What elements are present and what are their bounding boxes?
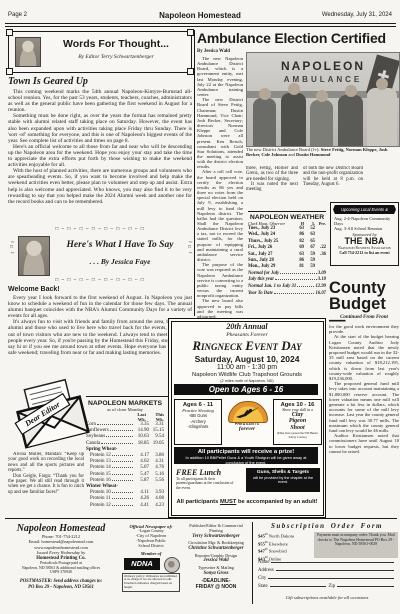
- hunter-safety-note: (Must have passed the ND Hunter Safety C…: [274, 431, 321, 439]
- footer-text: All participants: [176, 499, 220, 505]
- weather-box: NAPOLEON WEATHER Clark Haas, ObserverHLP…: [248, 214, 326, 297]
- weather-top-rule: [248, 211, 326, 212]
- letter: Don Geigle, Fargo: “Thank you for the pa…: [8, 474, 84, 496]
- logo-wordmark-bottom: forever: [226, 426, 268, 432]
- postmaster-line: POSTMASTER: Send address changes to:: [7, 579, 115, 585]
- weather-title: NAPOLEON WEATHER: [248, 214, 326, 221]
- nd-state-seal-logo: [164, 557, 180, 573]
- masthead-top-rule: [5, 518, 397, 519]
- rate-line: $4700 Snowbird: [258, 547, 310, 555]
- frame-corner-decoration: [187, 29, 194, 36]
- official-entity: School District: [122, 544, 180, 549]
- words-for-thought-title: Words For Thought...: [45, 38, 187, 50]
- welcome-back-headline: Welcome Back!: [8, 286, 128, 293]
- caption-names: Dustin Hammond: [296, 152, 330, 157]
- field-label: Zip: [328, 584, 335, 589]
- fill-in-line: [271, 562, 394, 563]
- paragraph: At the start of the budget hearing Logan…: [329, 334, 399, 381]
- fill-in-line: [337, 586, 394, 587]
- folio-paper-name: Napoleon Homestead: [100, 11, 300, 20]
- rate-line: $5500 Elsewhere: [258, 540, 310, 548]
- county-budget-body: for the good work environment they provi…: [329, 324, 399, 512]
- letters-to-editor: Alvina Muller, Mandan: “Keep up your goo…: [8, 452, 84, 512]
- ad-date: Saturday, August 10, 2024: [169, 354, 325, 364]
- folio-page-number: Page 2: [8, 12, 27, 18]
- photo-caption: The new District Ambulance Board (l-r): …: [246, 147, 398, 157]
- rate-cents: 00: [265, 548, 268, 551]
- rate-price: $43: [258, 556, 265, 561]
- footer-must: MUST: [220, 499, 236, 505]
- field-label: City: [258, 576, 266, 581]
- ringneck-ad: 20th Annual Pheasants Forever Ringneck E…: [168, 318, 326, 518]
- staff-name: Terry Schwartzenberger: [186, 534, 246, 540]
- town-geared-body: This coming weekend marks the 54th annua…: [8, 89, 192, 211]
- letter: Alvina Muller, Mandan: “Keep up your goo…: [8, 452, 84, 474]
- masthead-column-rule: [252, 522, 253, 604]
- free-lunch-title: FREE Lunch: [176, 468, 238, 477]
- rate-price: $45: [258, 534, 265, 539]
- summary-label: Year To Date: [248, 291, 273, 298]
- postmaster-address: PO Box 29 - Napoleon, ND 58561: [7, 585, 115, 591]
- ambulance-article-column: The new Napoleon Ambulance District Boar…: [197, 56, 243, 328]
- market-row: Protein 124.414.23: [86, 503, 164, 509]
- photo-person: [281, 93, 306, 146]
- paragraph: The proposed general fund mill levy take…: [329, 381, 399, 433]
- field-label: Address: [258, 568, 274, 573]
- paragraph: Something must be done right, as over th…: [8, 113, 192, 143]
- photo-person: [367, 88, 397, 146]
- summary-value: 3.09: [318, 271, 326, 278]
- pheasants-forever-logo: PHEASANTS forever: [226, 401, 268, 443]
- markets-col-last: Last Wk.: [131, 412, 146, 422]
- paragraph: Here's an official welcome to all those …: [8, 144, 192, 168]
- fill-in-line: [268, 578, 394, 579]
- photo-person: [310, 100, 333, 146]
- summary-label: Normal Jan. 1 to July 31: [248, 284, 296, 291]
- frame-corner-decoration: [187, 68, 194, 75]
- paragraph: of both the new District Board and the n…: [303, 166, 363, 187]
- event-item: Aug. 2-4-Napoleon Community Days: [334, 216, 395, 226]
- activity-item: -Slingshots: [175, 424, 221, 430]
- caption-text: and: [287, 152, 296, 157]
- rate-line: $4500 North Dakota: [258, 532, 310, 540]
- summary-label: Normal for July: [248, 271, 279, 278]
- ambulance-byline: By Jessica Wald: [197, 49, 230, 54]
- heres-what-box: □ ~ □ ~ □ ~ □ ~ □ ~ □ ~ □ ~ □ □ ~ □ ~ □ …: [8, 227, 192, 283]
- newspaper-page: Page 2 Napoleon Homestead Wednesday, Jul…: [0, 0, 400, 614]
- ad-footer-line: All participants MUST be accompanied by …: [169, 499, 325, 505]
- words-for-thought-byline: By Editor Terry Schwartzenberger: [45, 54, 187, 60]
- sponsor-name: THE NBA: [331, 237, 398, 246]
- events-box-header: Upcoming Local Events & Activities: [333, 205, 396, 214]
- column-rule: [194, 30, 195, 316]
- decorative-border-right: ≀□≀: [186, 241, 192, 256]
- rate-price: $47: [258, 549, 265, 554]
- ad-location: Napoleon Wildlife Club Trapshoot Grounds: [169, 372, 325, 378]
- summary-label: July this year: [248, 277, 274, 284]
- high-temp: 81: [293, 264, 304, 270]
- paragraph: It was noted the next meeting: [246, 182, 298, 193]
- words-for-thought-box: Words For Thought... By Editor Terry Sch…: [8, 31, 192, 73]
- ad-title: Ringneck Event Day: [169, 338, 325, 354]
- summary-value: 3.18: [318, 277, 326, 284]
- rate-cents: 00: [265, 556, 268, 559]
- pheasant-icon: [234, 405, 260, 419]
- paragraph: Auditor Kristiansen noted that commissio…: [329, 433, 399, 454]
- photo-person: [253, 98, 276, 146]
- payment-note-box: Payment must accompany order. Thank you.…: [314, 532, 398, 558]
- guns-subtitle: will be provided by the chapter at the e…: [249, 476, 317, 484]
- last-week-price: 18.85: [134, 441, 149, 447]
- frame-corner-decoration: [6, 68, 13, 75]
- prize-subtitle: In addition 10 BB/Pellet Guns & a Youth …: [178, 455, 314, 465]
- deadline-value: FRIDAY @ NOON: [186, 584, 246, 590]
- masthead-official-column: Official Newspaper of: -Logan County -Ci…: [122, 524, 180, 592]
- folio-date: Wednesday, July 31, 2024: [290, 12, 392, 18]
- weather-summary-row: Year To Date16.07: [248, 291, 326, 298]
- markets-table: NAPOLEON MARKETS as of close Monday Last…: [86, 400, 164, 509]
- this-week-price: 19.05: [149, 441, 164, 447]
- county-budget-headline: County Budget—: [329, 280, 399, 328]
- rate-line: $4300 Online: [258, 555, 310, 563]
- precip: .36: [315, 252, 326, 258]
- footer-text: be accompanied by an adult!: [236, 499, 317, 505]
- continued-from-front: Continued From Front: [329, 315, 399, 320]
- paragraph: It's always fun to visit with friends an…: [8, 319, 192, 356]
- ad-open-ages-bar: Open to Ages 6 - 16: [174, 384, 318, 395]
- ad-location-note: (2 miles north of Napoleon, ND): [169, 379, 325, 383]
- weather-col-precip: Pre.: [315, 221, 326, 226]
- guns-title: Guns, Shells & Targets: [246, 470, 320, 475]
- guns-shells-block: Guns, Shells & Targets will be provided …: [246, 468, 320, 492]
- photo-person: [338, 95, 363, 146]
- town-geared-headline: Town Is Geared Up: [8, 76, 190, 87]
- paragraph: This coming weekend marks the 54th annua…: [8, 89, 192, 113]
- ad-ages-6-11-box: Ages 6 - 11 Practice Shooting -BB Guns -…: [174, 399, 222, 445]
- paragraph: The new Napoleon Ambulance District Boar…: [197, 56, 243, 97]
- heres-what-title: Here's What I Have To Say: [54, 240, 186, 250]
- rate-cents: 00: [265, 541, 268, 544]
- events-box: Upcoming Local Events & Activities Aug. …: [330, 202, 399, 266]
- weather-summary-row: Normal Jan. 1 to July 3112.99: [248, 284, 326, 291]
- rate-cents: 00: [265, 533, 268, 536]
- staff-role: Publisher/Editor & Commercial Printing: [186, 524, 246, 534]
- headline-line: County: [329, 280, 399, 296]
- gift-subscription-note: Gift subscriptions available for all occ…: [258, 595, 396, 600]
- ad-ages-10-16-box: Ages 10 - 16 Show your skill in a Clay P…: [273, 399, 322, 445]
- sponsor-call-line: Call 754-2212 to list an event: [331, 250, 398, 255]
- masthead-usps: USPS 370940: [7, 570, 115, 575]
- columnist-portrait-photo: [18, 236, 50, 276]
- ambulance-headline: Ambulance Election Certified: [197, 30, 398, 46]
- last-week-price: 5.87: [134, 478, 149, 484]
- this-week-price: 5.56: [149, 478, 164, 484]
- staff-name: Sonya Gross: [186, 571, 246, 577]
- ad-time: 11:00 am - 1:30 pm: [169, 364, 325, 371]
- staff-name: Jessica Wald: [186, 558, 246, 564]
- folio-rule-thick: [5, 23, 396, 25]
- rate-label: Online: [269, 556, 282, 561]
- commodity: Protein 12: [90, 503, 111, 509]
- ndna-logo: NDNA: [124, 558, 160, 570]
- photo-vehicle-lettering-ambulance: AMBULANCE: [261, 75, 385, 84]
- paragraph: After a roll call vote, the board approv…: [197, 169, 243, 262]
- welcome-back-body: Every year I look forward to the first w…: [8, 295, 192, 375]
- ad-annual-line: 20th Annual: [169, 322, 325, 331]
- frame-corner-decoration: [6, 29, 13, 36]
- board-photo: NAPOLEON AMBULANCE ✚: [246, 52, 400, 147]
- weather-summary-row: Normal for July3.09: [248, 271, 326, 278]
- rate-label: Elsewhere: [269, 541, 288, 546]
- free-lunch-subtitle: To all participants & their parents/guar…: [176, 477, 238, 490]
- masthead-paper-name: Napoleon Homestead: [7, 523, 115, 534]
- paragraph: With the host of planned activities, the…: [8, 168, 192, 205]
- ad-prize-bar: All participants will receive a prize! I…: [174, 447, 318, 464]
- fill-in-line: [270, 586, 327, 587]
- subscription-rates: $4500 North Dakota $5500 Elsewhere $4700…: [258, 532, 310, 562]
- decorative-border-bottom: □ ~ □ ~ □ ~ □ ~ □ ~ □ ~ □ ~ □: [8, 278, 192, 283]
- form-field-state-zip: StateZip: [258, 584, 396, 592]
- markets-title: NAPOLEON MARKETS: [86, 400, 164, 407]
- weather-summary-row: July this year3.18: [248, 277, 326, 284]
- paragraph: three, Fettig, Horner and Grenz, as two …: [246, 166, 298, 182]
- rate-label: North Dakota: [269, 534, 294, 539]
- ambulance-continuation-right: of both the new District Board and the n…: [303, 166, 363, 196]
- this-week-price: 4.23: [149, 503, 164, 509]
- member-of-label: Member of: [122, 551, 180, 556]
- rate-price: $55: [258, 541, 265, 546]
- subscription-form: Subscription Order Form $4500 North Dako…: [258, 522, 396, 600]
- paragraph: for the good work environment they provi…: [329, 324, 399, 334]
- markets-col-this: This Wk.: [146, 412, 164, 422]
- photo-vehicle-lettering-napoleon: NAPOLEON: [261, 59, 385, 73]
- subscription-rates-area: $4500 North Dakota $5500 Elsewhere $4700…: [258, 532, 396, 560]
- summary-value: 16.07: [315, 291, 326, 298]
- staff-name: Christine Schwartzenberger: [186, 546, 246, 552]
- paragraph: The purpose of the vote was required as …: [197, 262, 243, 298]
- decorative-border-left: ≀□≀: [8, 241, 14, 256]
- subscription-title: Subscription Order Form: [258, 522, 396, 530]
- paragraph: The new District Board of Steve Fettig, …: [197, 97, 243, 169]
- masthead-staff-column: Publisher/Editor & Commercial Printing T…: [186, 524, 246, 590]
- editor-portrait-photo: [15, 37, 41, 67]
- form-field-address: Address: [258, 568, 396, 576]
- ambulance-continuation-left: three, Fettig, Horner and Grenz, as two …: [246, 166, 298, 202]
- dear-editor-envelope-graphic: Dear Editor: [8, 378, 96, 450]
- decorative-border-top: □ ~ □ ~ □ ~ □ ~ □ ~ □ ~ □ ~ □: [8, 227, 192, 232]
- paragraph: The new board also approved to pay bills…: [197, 298, 243, 319]
- paragraph: Every year I look forward to the first w…: [8, 295, 192, 319]
- masthead-contact-column: Napoleon Homestead Phone: 701-754-2212 E…: [7, 523, 115, 590]
- low-temp: 59: [304, 264, 315, 270]
- free-lunch-block: FREE Lunch To all participants & their p…: [176, 468, 238, 490]
- fill-in-line: [276, 570, 394, 571]
- member-logos: NDNA: [122, 557, 180, 572]
- heres-what-byline: . . . By Jessica Faye: [54, 257, 186, 266]
- rate-label: Snowbird: [269, 549, 287, 554]
- form-field-city: City: [258, 576, 396, 584]
- folio-rule-thin: [5, 26, 396, 27]
- summary-value: 12.99: [315, 284, 326, 291]
- field-label: State: [258, 584, 268, 589]
- last-week-price: 4.41: [134, 503, 149, 509]
- event-item: Aug. 3-All School Reunion: [334, 226, 395, 231]
- obituary-policy-box: Obituary policy: Obituaries are publishe…: [122, 573, 180, 592]
